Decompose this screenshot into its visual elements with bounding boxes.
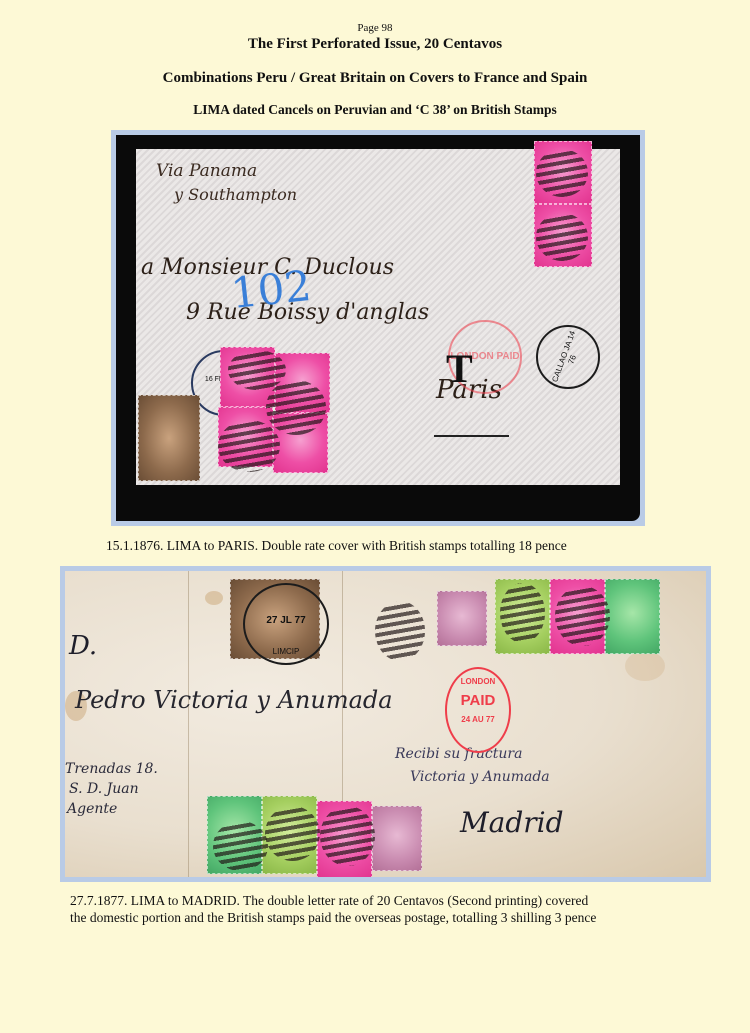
cover-2-image: D. Pedro Victoria y Anumada Recibi su fr… xyxy=(65,571,706,877)
stain xyxy=(205,591,223,605)
gb-halfpenny-stamp xyxy=(372,806,422,871)
city: Madrid xyxy=(460,806,564,839)
cover-1-caption: 15.1.1876. LIMA to PARIS. Double rate co… xyxy=(106,537,567,554)
c38-cancel xyxy=(218,420,280,472)
salutation: D. xyxy=(69,631,97,661)
london-paid-middle: PAID xyxy=(447,692,509,709)
receipt-note-1: Recibi su fractura xyxy=(395,746,522,762)
city-underline xyxy=(434,435,509,437)
blue-rate-mark: 102 xyxy=(229,261,314,318)
c38-cancel xyxy=(228,350,286,390)
left-note-2: S. D. Juan xyxy=(69,781,139,797)
route-line-2: y Southampton xyxy=(174,185,297,204)
c38-cancel xyxy=(265,806,320,861)
page-subtitle: Combinations Peru / Great Britain on Cov… xyxy=(0,70,750,87)
callao-postmark: CALLAO JA 14 76 xyxy=(536,325,600,389)
peru-20c-stamp xyxy=(138,395,200,481)
left-note-1: Trenadas 18. xyxy=(65,761,158,777)
left-note-3: Agente xyxy=(67,801,117,817)
cover-2-caption-line-1: 27.7.1877. LIMA to MADRID. The double le… xyxy=(70,892,596,909)
c38-cancel xyxy=(375,601,425,661)
london-paid-top: LONDON xyxy=(447,677,509,686)
london-paid-date: 24 AU 77 xyxy=(447,715,509,724)
c38-cancel xyxy=(266,380,326,435)
cover-2-frame: D. Pedro Victoria y Anumada Recibi su fr… xyxy=(60,566,711,882)
fold-line xyxy=(188,571,189,877)
lima-postmark-date: 27 JL 77 xyxy=(245,615,327,626)
c38-cancel xyxy=(536,149,588,197)
page-title: The First Perforated Issue, 20 Centavos xyxy=(0,36,750,53)
route-line-1: Via Panama xyxy=(156,161,257,181)
lima-postmark: 27 JL 77 LIMCIP xyxy=(243,583,329,665)
stain xyxy=(625,651,665,681)
tax-mark: T xyxy=(446,345,473,392)
c38-cancel xyxy=(555,586,610,646)
c38-cancel xyxy=(320,806,375,866)
cover-2-caption-line-2: the domestic portion and the British sta… xyxy=(70,909,596,926)
page-subheading: LIMA dated Cancels on Peruvian and ‘C 38… xyxy=(0,102,750,118)
c38-cancel xyxy=(213,821,268,871)
callao-postmark-text: CALLAO JA 14 76 xyxy=(549,327,586,390)
page-number: Page 98 xyxy=(0,22,750,34)
receipt-note-2: Victoria y Anumada xyxy=(410,769,550,785)
gb-halfpenny-stamp xyxy=(437,591,487,646)
addressee: Pedro Victoria y Anumada xyxy=(75,686,393,714)
london-paid-postmark: LONDON PAID 24 AU 77 xyxy=(445,667,511,753)
gb-1s-stamp xyxy=(605,579,660,654)
lima-postmark-bottom: LIMCIP xyxy=(245,647,327,656)
c38-cancel xyxy=(500,583,545,643)
c38-cancel xyxy=(536,213,588,261)
cover-1-image: Via Panama y Southampton a Monsieur C. D… xyxy=(116,135,640,521)
cover-1-frame: Via Panama y Southampton a Monsieur C. D… xyxy=(111,130,645,526)
cover-2-caption: 27.7.1877. LIMA to MADRID. The double le… xyxy=(70,892,596,926)
